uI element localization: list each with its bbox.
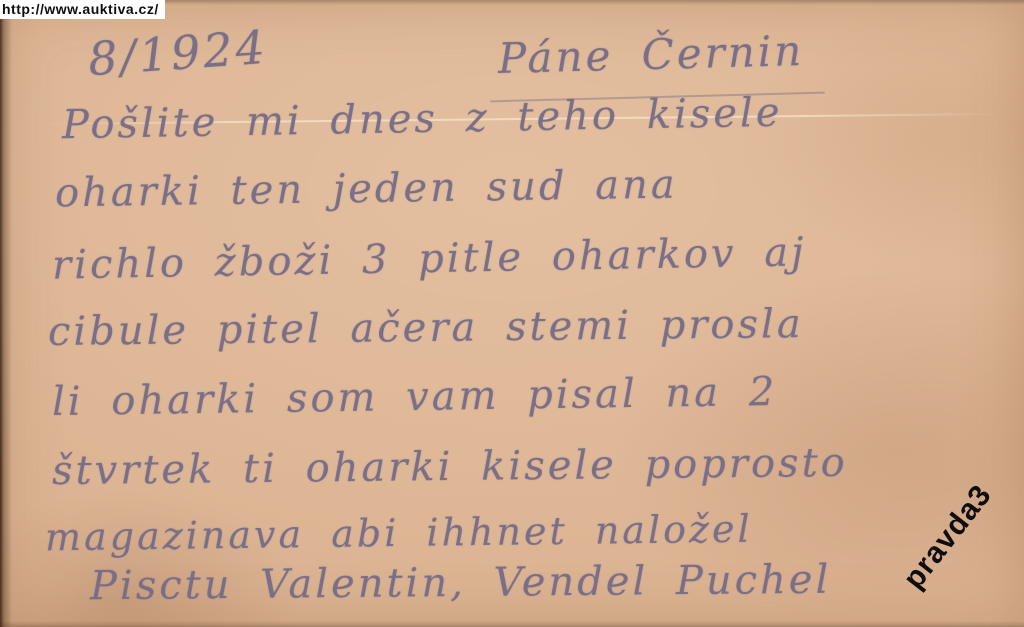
handwritten-line: cibule pitel ačera stemi prosla <box>48 301 804 355</box>
handwritten-signature: Pisctu Valentin, Vendel Puchel <box>90 557 832 609</box>
handwritten-line: Pošlite mi dnes z teho kisele <box>62 90 783 149</box>
handwritten-line: magazinava abi ihhnet naložel <box>45 507 753 560</box>
handwritten-line: li oharki som vam pisal na 2 <box>52 369 778 425</box>
handwritten-text-block: 8/1924 Páne Černin Pošlite mi dnes z teh… <box>0 0 1024 627</box>
handwritten-date: 8/1924 <box>86 20 269 86</box>
auction-site-url-watermark: http://www.auktiva.cz/ <box>0 0 165 19</box>
handwritten-line: oharki ten jeden sud ana <box>55 162 678 217</box>
handwritten-line: richlo žboži 3 pitle oharkov aj <box>52 229 807 288</box>
handwritten-salutation: Páne Černin <box>497 26 804 83</box>
postcard-scan: http://www.auktiva.cz/ 8/1924 Páne Černi… <box>0 0 1024 627</box>
handwritten-line: štvrtek ti oharki kisele poprosto <box>52 440 848 494</box>
